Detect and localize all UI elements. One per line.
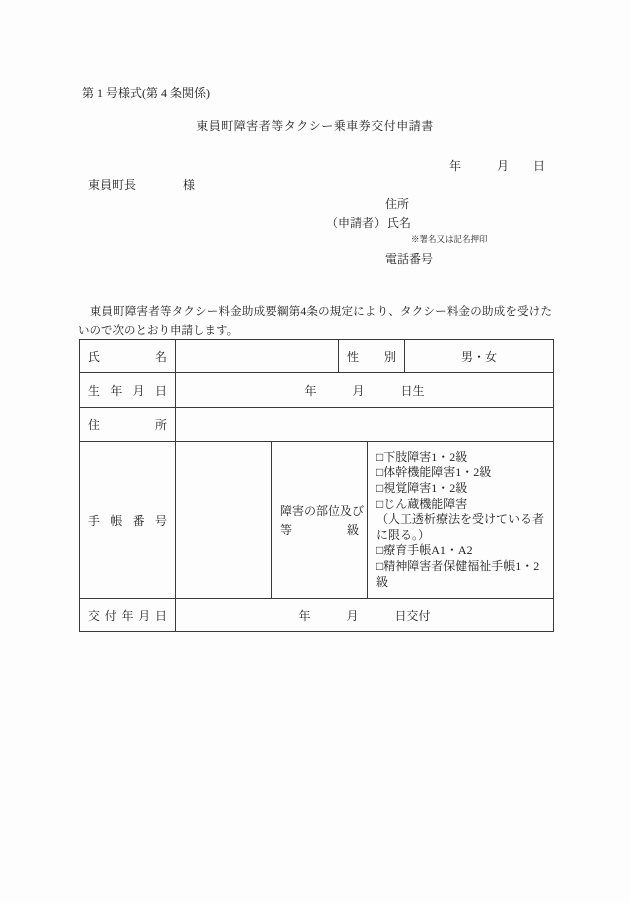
applicant-address-label: 住所 (385, 195, 409, 212)
disability-option-checkbox[interactable]: □下肢障害1・2級 (376, 450, 545, 466)
intro-paragraph: 東員町障害者等タクシー料金助成要綱第4条の規定により、タクシー料金の助成を受けた… (78, 303, 552, 340)
table-row: 住所 (80, 408, 554, 442)
notebook-input-cell[interactable] (176, 442, 272, 599)
issue-date-value-cell[interactable]: 年 月 日交付 (176, 599, 554, 632)
address-input-cell[interactable] (176, 408, 554, 442)
table-row: 生年月日 年 月 日生 (80, 373, 554, 408)
disability-part-grade-label-cell: 障害の部位及び 等級 (272, 442, 368, 599)
disability-part-label: 障害の部位及び (280, 502, 359, 519)
applicant-name-label: 氏名 (387, 214, 411, 231)
disability-option-checkbox[interactable]: □視覚障害1・2級 (376, 481, 545, 497)
notebook-label: 手帳番号 (88, 512, 167, 529)
address-label-cell: 住所 (80, 408, 176, 442)
disability-options-cell: □下肢障害1・2級□体幹機能障害1・2級□視覚障害1・2級□じん蔵機能障害（人工… (368, 442, 554, 599)
disability-option-checkbox[interactable]: □じん蔵機能障害 (376, 497, 545, 513)
birth-label: 生年月日 (88, 382, 167, 399)
sex-value-cell: 男・女 (405, 340, 554, 373)
application-table: 氏名 性別 男・女 生年月日 年 月 日生 住所 手帳番号 (79, 339, 554, 632)
table-row: 交付年月日 年 月 日交付 (80, 599, 554, 632)
sex-label-cell: 性別 (339, 340, 405, 373)
table-row: 手帳番号 障害の部位及び 等級 □下肢障害1・2級□体幹機能障害1・2級□視覚障… (80, 442, 554, 599)
page-title: 東員町障害者等タクシー乗車券交付申請書 (0, 117, 630, 134)
application-form-page: 第 1 号様式(第 4 条関係) 東員町障害者等タクシー乗車券交付申請書 年 月… (0, 0, 630, 903)
disability-option-checkbox: （人工透析療法を受けている者に限る。） (376, 512, 545, 543)
address-label: 住所 (88, 416, 167, 433)
table-row: 氏名 性別 男・女 (80, 340, 554, 373)
disability-grade-label: 等級 (280, 521, 359, 538)
disability-option-checkbox[interactable]: □体幹機能障害1・2級 (376, 465, 545, 481)
disability-option-checkbox[interactable]: □療育手帳A1・A2 (376, 543, 545, 559)
applicant-phone-label: 電話番号 (385, 250, 433, 267)
name-label-cell: 氏名 (80, 340, 176, 373)
sex-label: 性別 (347, 348, 396, 365)
applicant-label: （申請者） (326, 214, 386, 231)
application-date-line: 年 月 日 (449, 157, 545, 174)
addressee: 東員町長 (88, 176, 136, 193)
birth-value-cell[interactable]: 年 月 日生 (176, 373, 554, 408)
name-input-cell[interactable] (176, 340, 339, 373)
form-number: 第 1 号様式(第 4 条関係) (82, 84, 210, 101)
birth-label-cell: 生年月日 (80, 373, 176, 408)
notebook-label-cell: 手帳番号 (80, 442, 176, 599)
disability-option-checkbox[interactable]: □精神障害者保健福祉手帳1・2級 (376, 559, 545, 590)
issue-date-label-cell: 交付年月日 (80, 599, 176, 632)
disability-options-list: □下肢障害1・2級□体幹機能障害1・2級□視覚障害1・2級□じん蔵機能障害（人工… (376, 450, 545, 590)
name-label: 氏名 (88, 348, 167, 365)
issue-date-label: 交付年月日 (88, 607, 167, 624)
signature-note: ※署名又は記名押印 (411, 233, 488, 245)
addressee-honorific: 様 (183, 176, 195, 193)
